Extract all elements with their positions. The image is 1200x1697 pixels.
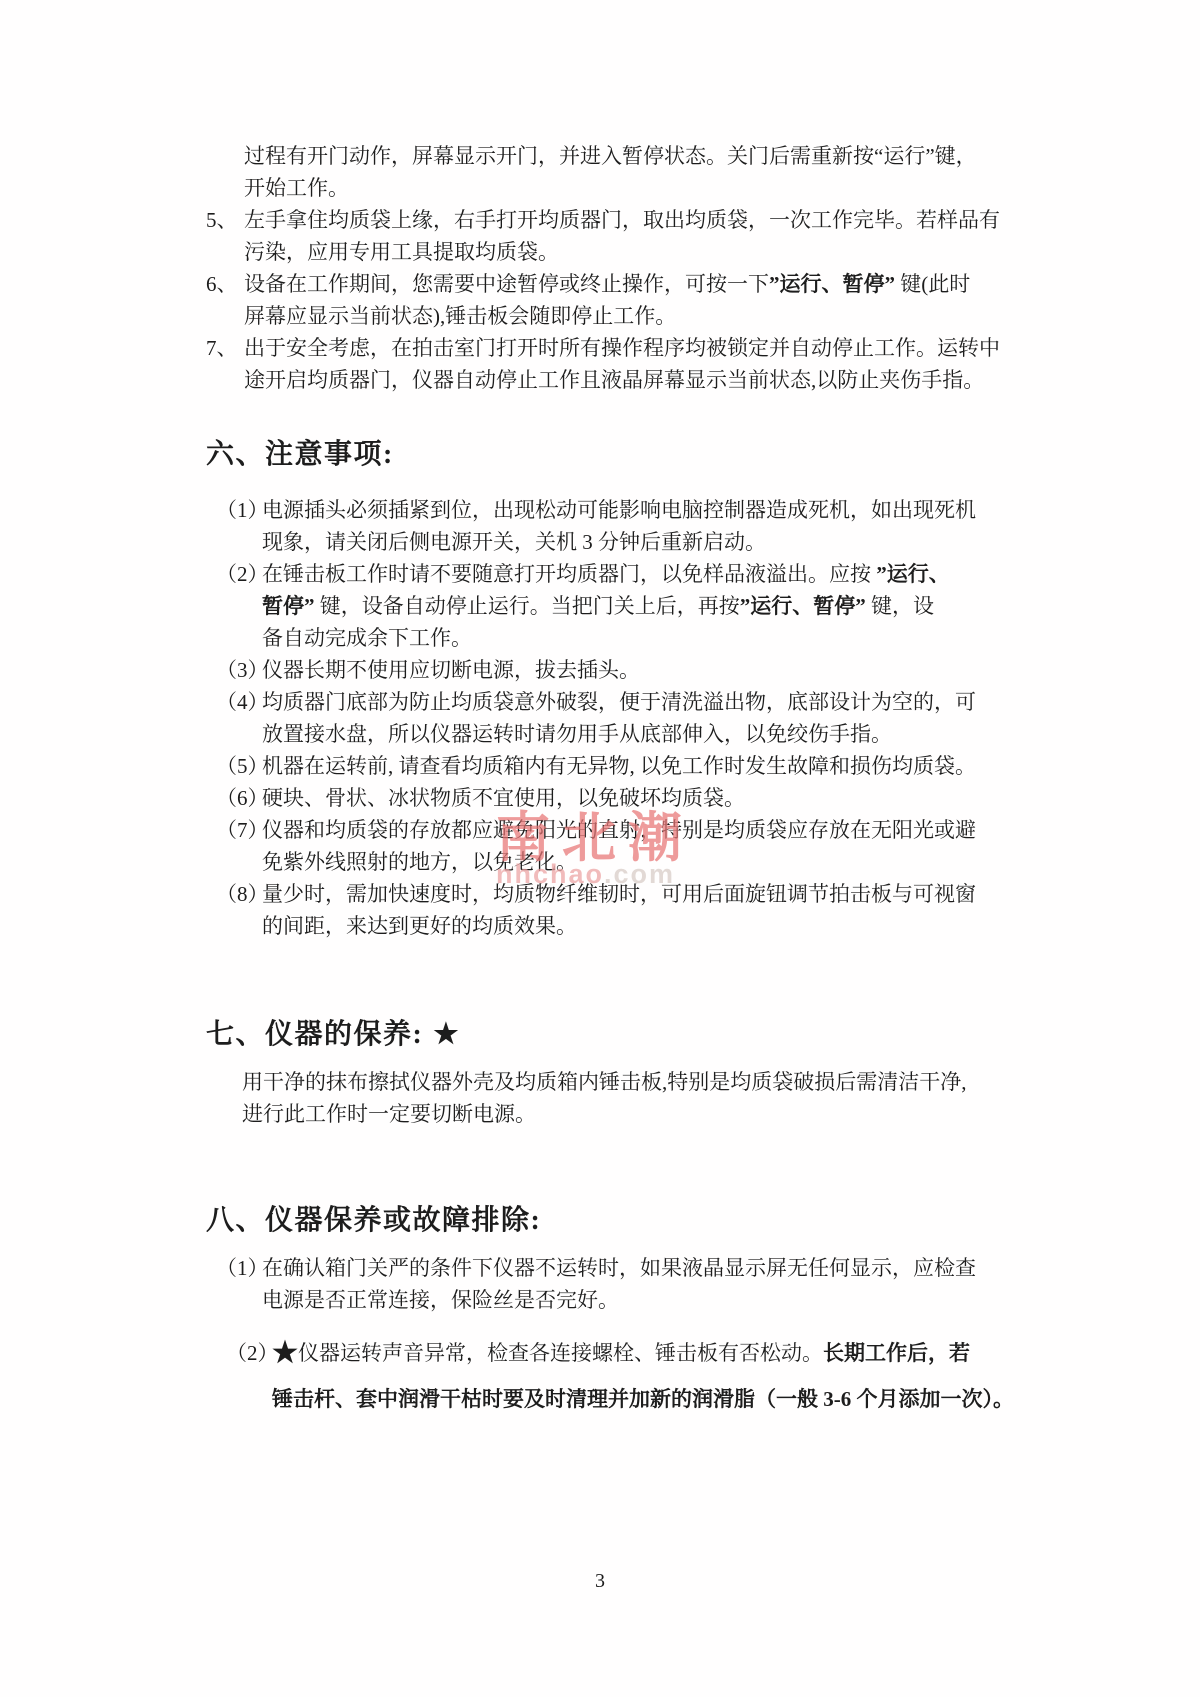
- list-item: （3） 仪器长期不使用应切断电源，拔去插头。: [206, 654, 1010, 686]
- text-line: 过程有开门动作，屏幕显示开门，并进入暂停状态。关门后需重新按“运行”键，: [244, 140, 977, 172]
- list-item: 过程有开门动作，屏幕显示开门，并进入暂停状态。关门后需重新按“运行”键， 开始工…: [206, 140, 1010, 204]
- list-item: （2） ★仪器运转声音异常，检查各连接螺栓、锤击板有否松动。长期工作后，若 锤击…: [206, 1330, 1010, 1422]
- list-number: 7、: [206, 332, 244, 364]
- list-number: 6、: [206, 268, 244, 300]
- section-heading-troubleshooting: 八、仪器保养或故障排除:: [206, 1202, 1010, 1240]
- text-line: 现象，请关闭后侧电源开关，关机 3 分钟后重新启动。: [262, 526, 976, 558]
- section-heading-precautions: 六、注意事项:: [206, 436, 1010, 474]
- text-line: 电源是否正常连接，保险丝是否完好。: [262, 1284, 976, 1316]
- text-line: 屏幕应显示当前状态),锤击板会随即停止工作。: [244, 300, 970, 332]
- text-line: 在确认箱门关严的条件下仪器不运转时，如果液晶显示屏无任何显示，应检查: [262, 1252, 976, 1284]
- list-number: 5、: [206, 204, 244, 236]
- intro-list: 过程有开门动作，屏幕显示开门，并进入暂停状态。关门后需重新按“运行”键， 开始工…: [206, 140, 1010, 396]
- list-number: （6）: [216, 782, 262, 814]
- text-line: 放置接水盘，所以仪器运转时请勿用手从底部伸入，以免绞伤手指。: [262, 718, 976, 750]
- text-line: 开始工作。: [244, 172, 977, 204]
- text-line: 途开启均质器门，仪器自动停止工作且液晶屏幕显示当前状态,以防止夹伤手指。: [244, 364, 1000, 396]
- troubleshooting-list: （1） 在确认箱门关严的条件下仪器不运转时，如果液晶显示屏无任何显示，应检查 电…: [206, 1252, 1010, 1422]
- text-line: ★仪器运转声音异常，检查各连接螺栓、锤击板有否松动。长期工作后，若: [272, 1330, 1014, 1376]
- text-line: 硬块、骨状、冰状物质不宜使用，以免破坏均质袋。: [262, 782, 745, 814]
- text-line: 的间距，来达到更好的均质效果。: [262, 910, 976, 942]
- text-line: 在锤击板工作时请不要随意打开均质器门，以免样品液溢出。应按 ”运行、: [262, 558, 950, 590]
- list-number: （2）: [216, 558, 262, 590]
- text-line: 量少时，需加快速度时，均质物纤维韧时，可用后面旋钮调节拍击板与可视窗: [262, 878, 976, 910]
- list-item: （4） 均质器门底部为防止均质袋意外破裂，便于清洗溢出物，底部设计为空的，可 放…: [206, 686, 1010, 750]
- text-line: 免紫外线照射的地方，以免老化。: [262, 846, 976, 878]
- maintenance-paragraph: 用干净的抹布擦拭仪器外壳及均质箱内锤击板,特别是均质袋破损后需清洁干净, 进行此…: [206, 1066, 1010, 1130]
- text-line: 污染，应用专用工具提取均质袋。: [244, 236, 1000, 268]
- text-line: 用干净的抹布擦拭仪器外壳及均质箱内锤击板,特别是均质袋破损后需清洁干净,: [242, 1066, 1010, 1098]
- list-item: （1） 在确认箱门关严的条件下仪器不运转时，如果液晶显示屏无任何显示，应检查 电…: [206, 1252, 1010, 1316]
- list-number: （2）: [226, 1330, 272, 1376]
- section-heading-maintenance: 七、仪器的保养:★: [206, 1016, 1010, 1054]
- text-line: 机器在运转前, 请查看均质箱内有无异物, 以免工作时发生故障和损伤均质袋。: [262, 750, 976, 782]
- text-line: 仪器和均质袋的存放都应避免阳光的直射，特别是均质袋应存放在无阳光或避: [262, 814, 976, 846]
- text-line: 备自动完成余下工作。: [262, 622, 950, 654]
- list-item: 6、 设备在工作期间，您需要中途暂停或终止操作，可按一下”运行、暂停” 键(此时…: [206, 268, 1010, 332]
- text-line: 出于安全考虑，在拍击室门打开时所有操作程序均被锁定并自动停止工作。运转中: [244, 332, 1000, 364]
- list-item: （7） 仪器和均质袋的存放都应避免阳光的直射，特别是均质袋应存放在无阳光或避 免…: [206, 814, 1010, 878]
- text-line: 进行此工作时一定要切断电源。: [242, 1098, 1010, 1130]
- document-page: 过程有开门动作，屏幕显示开门，并进入暂停状态。关门后需重新按“运行”键， 开始工…: [0, 0, 1200, 1697]
- list-item: （2） 在锤击板工作时请不要随意打开均质器门，以免样品液溢出。应按 ”运行、 暂…: [206, 558, 1010, 654]
- text-line: 锤击杆、套中润滑干枯时要及时清理并加新的润滑脂（一般 3-6 个月添加一次）。: [272, 1376, 1014, 1422]
- text-line: 仪器长期不使用应切断电源，拔去插头。: [262, 654, 640, 686]
- text-line: 左手拿住均质袋上缘，右手打开均质器门，取出均质袋，一次工作完毕。若样品有: [244, 204, 1000, 236]
- list-item: （1） 电源插头必须插紧到位，出现松动可能影响电脑控制器造成死机，如出现死机 现…: [206, 494, 1010, 558]
- list-item: （5） 机器在运转前, 请查看均质箱内有无异物, 以免工作时发生故障和损伤均质袋…: [206, 750, 1010, 782]
- list-number: （1）: [216, 494, 262, 526]
- text-line: 设备在工作期间，您需要中途暂停或终止操作，可按一下”运行、暂停” 键(此时: [244, 268, 970, 300]
- text-line: 均质器门底部为防止均质袋意外破裂，便于清洗溢出物，底部设计为空的，可: [262, 686, 976, 718]
- list-number: （8）: [216, 878, 262, 910]
- list-item: 7、 出于安全考虑，在拍击室门打开时所有操作程序均被锁定并自动停止工作。运转中 …: [206, 332, 1010, 396]
- page-number: 3: [0, 1570, 1200, 1593]
- list-item: （6） 硬块、骨状、冰状物质不宜使用，以免破坏均质袋。: [206, 782, 1010, 814]
- list-number: （3）: [216, 654, 262, 686]
- list-number: （1）: [216, 1252, 262, 1284]
- text-line: 电源插头必须插紧到位，出现松动可能影响电脑控制器造成死机，如出现死机: [262, 494, 976, 526]
- list-number: （7）: [216, 814, 262, 846]
- list-item: 5、 左手拿住均质袋上缘，右手打开均质器门，取出均质袋，一次工作完毕。若样品有 …: [206, 204, 1010, 268]
- list-number: （4）: [216, 686, 262, 718]
- list-item: （8） 量少时，需加快速度时，均质物纤维韧时，可用后面旋钮调节拍击板与可视窗 的…: [206, 878, 1010, 942]
- page-content: 过程有开门动作，屏幕显示开门，并进入暂停状态。关门后需重新按“运行”键， 开始工…: [0, 0, 1200, 1422]
- star-icon: ★: [433, 1019, 460, 1050]
- list-number: （5）: [216, 750, 262, 782]
- section-heading-text: 七、仪器的保养:: [206, 1019, 423, 1050]
- precautions-list: （1） 电源插头必须插紧到位，出现松动可能影响电脑控制器造成死机，如出现死机 现…: [206, 494, 1010, 942]
- text-line: 暂停” 键，设备自动停止运行。当把门关上后，再按”运行、暂停” 键，设: [262, 590, 950, 622]
